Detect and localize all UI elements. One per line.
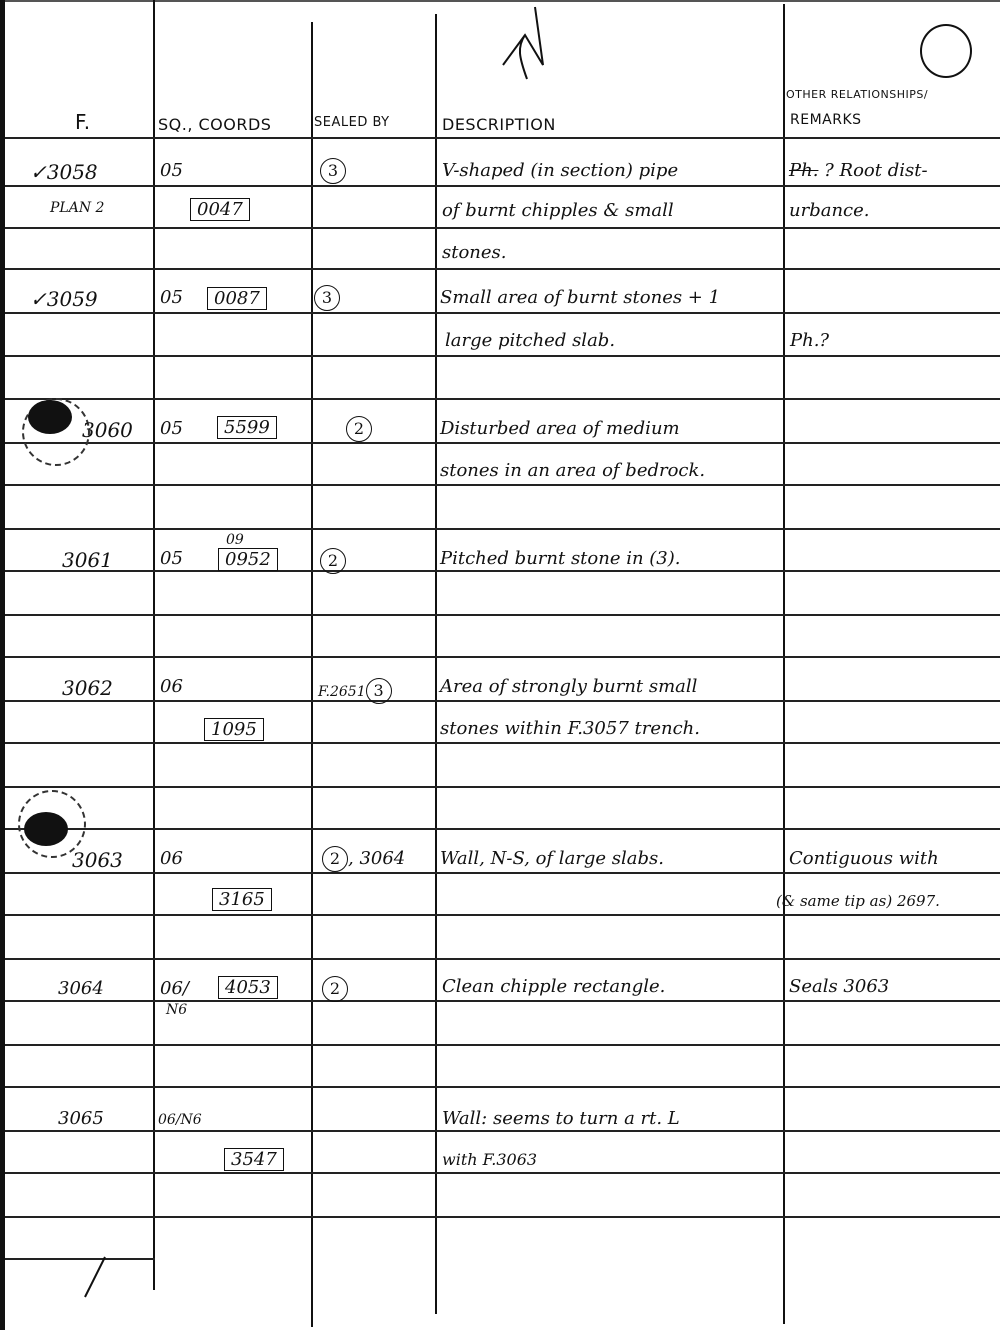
ruled-line [5,786,1000,788]
sealed-by-3061: 2 [320,548,346,574]
feature-3058: ✓3058 [30,160,98,184]
description-3065-line2: with F.3063 [442,1150,537,1169]
ruled-line [5,700,1000,702]
description-3062-line2: stones within F.3057 trench. [440,718,700,739]
header-description: DESCRIPTION [442,115,556,134]
feature-3059: ✓3059 [30,287,98,311]
header-feature: F. [75,110,91,134]
page-top-edge [0,0,1000,2]
ruled-line [5,656,1000,658]
sealed-by-3064: 2 [322,976,348,1002]
square-3060: 05 [160,418,183,439]
feature-3062: 3062 [62,676,113,700]
header-coords: SQ., COORDS [158,115,271,134]
sealed-by-context: 2 [322,846,348,872]
pen-stroke-mark [80,1255,110,1300]
coord-3064: 4053 [218,976,278,999]
column-rule-4 [783,4,785,1324]
square-3063: 06 [160,848,183,869]
description-3063: Wall, N-S, of large slabs. [440,848,664,869]
feature-3063: 3063 [72,848,123,872]
description-3059-line1: Small area of burnt stones + 1 [440,287,720,308]
ruled-line [5,570,1000,572]
ruled-line [5,1130,1000,1132]
ruled-line [5,914,1000,916]
sealed-by-context: 2 [320,548,346,574]
square-3064: 06/ [160,978,189,999]
ruled-line [5,312,1000,314]
remarks-3058-line1: Ph. ? Root dist- [789,160,928,181]
sealed-by-3058: 3 [320,158,346,184]
description-3064: Clean chipple rectangle. [442,976,665,997]
feature-3065: 3065 [58,1108,104,1129]
remarks-3058-text: ? Root dist- [824,160,927,181]
sealed-by-3060: 2 [346,416,372,442]
record-sheet: F. SQ., COORDS SEALED BY DESCRIPTION OTH… [0,0,1000,1330]
sealed-by-3059: 3 [314,285,340,311]
remarks-3058-line2: urbance. [789,200,870,221]
description-3058-line1: V-shaped (in section) pipe [442,160,678,181]
ruled-line [5,484,1000,486]
description-3058-line2: of burnt chipples & small [442,200,674,221]
punch-hole-fill [24,812,68,846]
remarks-3063-line2: (& same tip as) 2697. [776,892,940,910]
remarks-3064: Seals 3063 [789,976,889,997]
ruled-line [5,1086,1000,1088]
sealed-by-context: 2 [346,416,372,442]
description-3062-line1: Area of strongly burnt small [440,676,697,697]
ruled-line [5,137,1000,139]
coord-3065: 3547 [224,1148,284,1171]
sealed-by-context: 3 [320,158,346,184]
coord-3060: 5599 [217,416,277,439]
coord-3062: 1095 [204,718,264,741]
ruled-line [5,442,1000,444]
remarks-3059: Ph.? [790,330,829,351]
ruled-line [5,828,1000,830]
header-remarks-1: OTHER RELATIONSHIPS/ [786,88,928,101]
description-3060-line1: Disturbed area of medium [440,418,680,439]
column-rule-1 [153,0,155,1290]
square-3062: 06 [160,676,183,697]
coord-3058: 0047 [190,198,250,221]
ruled-line [5,355,1000,357]
remarks-3058-struck: Ph. [789,160,818,181]
description-3060-line2: stones in an area of bedrock. [440,460,705,481]
feature-3064: 3064 [58,978,104,999]
column-rule-3 [435,14,437,1314]
ruled-line [5,872,1000,874]
square-3065: 06/N6 [158,1112,202,1128]
ruled-line [5,1044,1000,1046]
ruled-line [5,614,1000,616]
ruled-line [5,1216,1000,1218]
ruled-line [5,958,1000,960]
ruled-line [5,1000,1000,1002]
sealed-by-context: 2 [322,976,348,1002]
sealed-by-feature: F.2651 [318,684,366,700]
square-3064-sub: N6 [166,1002,187,1018]
sealed-by-context: 3 [314,285,340,311]
sealed-by-context: 3 [366,678,392,704]
ruled-line [5,742,1000,744]
coord-3063: 3165 [212,888,272,911]
square-3059: 05 [160,287,183,308]
feature-3061: 3061 [62,548,113,572]
coord-3061-superscript: 09 [226,532,244,548]
description-3065-line1: Wall: seems to turn a rt. L [442,1108,680,1129]
punch-hole-fill [28,400,72,434]
coord-3061: 0952 [218,548,278,571]
description-3058-line3: stones. [442,242,507,263]
square-3058: 05 [160,160,183,181]
north-arrow-icon [495,5,555,80]
remarks-3063-line1: Contiguous with [789,848,939,869]
description-3061: Pitched burnt stone in (3). [440,548,681,569]
ruled-line [5,268,1000,270]
square-3061: 05 [160,548,183,569]
ruled-line [5,227,1000,229]
circle-mark-icon [920,24,972,78]
feature-3060: 3060 [82,418,133,442]
ruled-line [5,185,1000,187]
ruled-line [5,398,1000,400]
ruled-line [5,1172,1000,1174]
ruled-line [5,528,1000,530]
feature-3058-plan: PLAN 2 [50,200,104,216]
sealed-by-3063: 2, 3064 [322,846,405,872]
coord-3059: 0087 [207,287,267,310]
description-3059-line2: large pitched slab. [445,330,615,351]
header-sealed-by: SEALED BY [314,115,390,130]
sealed-by-feature: , 3064 [348,848,405,869]
sealed-by-3062: F.26513 [318,678,392,704]
header-remarks-2: REMARKS [790,112,862,128]
